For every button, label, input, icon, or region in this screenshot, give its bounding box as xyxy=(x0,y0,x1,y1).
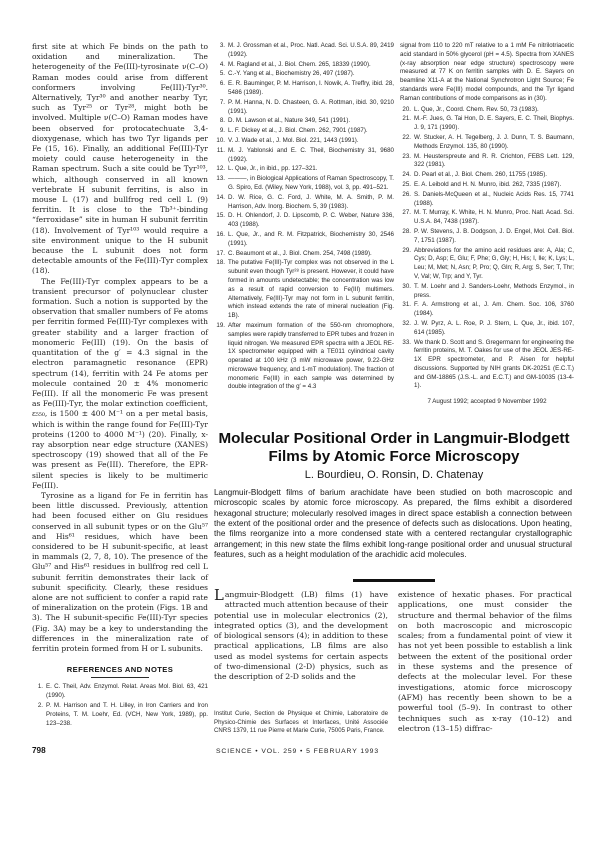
article-title: Molecular Positional Order in Langmuir-B… xyxy=(214,430,574,465)
reference-text: D. Pearl et al., J. Biol. Chem. 260, 117… xyxy=(414,171,547,178)
reference-text: M. Ragland et al., J. Biol. Chem. 265, 1… xyxy=(228,61,371,68)
reference-item: 18.The putative Fe(III)-Tyr complex was … xyxy=(214,259,394,321)
reference-item: 30.T. M. Loehr and J. Sanders-Loehr, Met… xyxy=(400,283,574,301)
reference-text: L. Que, Jr., Coord. Chem. Rev. 50, 73 (1… xyxy=(414,106,539,113)
reference-number: 2. xyxy=(32,702,43,711)
reference-text: D. H. Ohlendorf, J. D. Lipscomb, P. C. W… xyxy=(228,212,394,228)
reference-item: 17.C. Beaumont et al., J. Biol. Chem. 25… xyxy=(214,250,394,259)
reference-item: 19.After maximum formation of the 550-nm… xyxy=(214,322,394,392)
reference-item: 25.E. A. Leibold and H. N. Munro, ibid. … xyxy=(400,181,574,190)
reference-item: 26.S. Daniels-McQueen et al., Nucleic Ac… xyxy=(400,191,574,209)
reference-item: 5.C.-Y. Yang et al., Biochemistry 26, 49… xyxy=(214,70,394,79)
body-column-2: existence of hexatic phases. For practic… xyxy=(398,590,572,734)
reference-number: 23. xyxy=(400,153,411,162)
reference-text: M. J. Yablonski and E. C. Theil, Biochem… xyxy=(228,147,394,163)
reference-item: 22.W. Stucker, A. H. Tegelberg, J. J. Du… xyxy=(400,134,574,152)
reference-item: 23.M. Heusterspreute and R. R. Crichton,… xyxy=(400,153,574,171)
reference-item: 28.P. W. Stevens, J. B. Dodgson, J. D. E… xyxy=(400,228,574,246)
article-title-line-1: Molecular Positional Order in Langmuir-B… xyxy=(214,430,574,448)
reference-text: L. Que, Jr., and R. M. Fitzpatrick, Bioc… xyxy=(228,231,394,247)
previous-article-column: first site at which Fe binds on the path… xyxy=(32,42,208,729)
reference-number: 32. xyxy=(400,320,411,329)
reference-number: 6. xyxy=(214,80,225,89)
reference-text: E. C. Theil, Adv. Enzymol. Relat. Areas … xyxy=(46,683,208,699)
reference-number: 28. xyxy=(400,228,411,237)
authors-line: L. Bourdieu, O. Ronsin, D. Chatenay xyxy=(214,469,574,481)
reference-number: 10. xyxy=(214,137,225,146)
reference-number: 14. xyxy=(214,194,225,203)
references-heading: REFERENCES AND NOTES xyxy=(32,665,208,675)
reference-item: 32.J. W. Pyrz, A. L. Roe, P. J. Stern, L… xyxy=(400,320,574,338)
reference-item: 7.P. M. Hanna, N. D. Chasteen, G. A. Rot… xyxy=(214,99,394,117)
reference-text: M.-F. Jues, G. Tai Hon, D. E. Sayers, E.… xyxy=(414,115,574,131)
reference-item: 21.M.-F. Jues, G. Tai Hon, D. E. Sayers,… xyxy=(400,115,574,133)
reference-text: S. Daniels-McQueen et al., Nucleic Acids… xyxy=(414,191,574,207)
reference-number: 11. xyxy=(214,147,225,156)
reference-number: 9. xyxy=(214,127,225,136)
reference-text: V. J. Wade et al., J. Mol. Biol. 221, 14… xyxy=(228,137,359,144)
reference-text: P. M. Harrison and T. H. Lilley, in Iron… xyxy=(46,702,208,727)
reference-number: 17. xyxy=(214,250,225,259)
reference-item: 4.M. Ragland et al., J. Biol. Chem. 265,… xyxy=(214,61,394,70)
reference-text: D. M. Lawson et al., Nature 349, 541 (19… xyxy=(228,117,350,124)
reference-number: 16. xyxy=(214,231,225,240)
title-separator-rule xyxy=(353,579,435,582)
reference-number: 18. xyxy=(214,259,225,268)
reference-text: The putative Fe(III)-Tyr complex was not… xyxy=(228,259,394,319)
journal-footer: SCIENCE • VOL. 259 • 5 FEBRUARY 1993 xyxy=(0,748,595,755)
reference-item: 16.L. Que, Jr., and R. M. Fitzpatrick, B… xyxy=(214,231,394,249)
body-paragraph: The Fe(III)-Tyr complex appears to be a … xyxy=(32,277,208,491)
reference-item: 27.M. T. Murray, K. White, H. N. Munro, … xyxy=(400,209,574,227)
reference-text: J. W. Pyrz, A. L. Roe, P. J. Stern, L. Q… xyxy=(414,320,574,336)
affiliation-footnote: Institut Curie, Section de Physique et C… xyxy=(214,710,388,736)
reference-text: ———, in Biological Applications of Raman… xyxy=(228,175,394,191)
reference-column-right: signal from 110 to 220 mT relative to a … xyxy=(400,42,574,407)
reference-number: 21. xyxy=(400,115,411,124)
reference-continuation: signal from 110 to 220 mT relative to a … xyxy=(400,42,574,104)
reference-text: F. A. Armstrong et al., J. Am. Chem. Soc… xyxy=(414,301,574,317)
reference-item: 9.L. F. Dickey et al., J. Biol. Chem. 26… xyxy=(214,127,394,136)
reference-list-right: 20.L. Que, Jr., Coord. Chem. Rev. 50, 73… xyxy=(400,106,574,392)
reference-item: 11.M. J. Yablonski and E. C. Theil, Bioc… xyxy=(214,147,394,165)
reference-item: 15.D. H. Ohlendorf, J. D. Lipscomb, P. C… xyxy=(214,212,394,230)
reference-list-middle: 3.M. J. Grossman et al., Proc. Natl. Aca… xyxy=(214,42,394,393)
reference-text: D. W. Rice, G. C. Ford, J. White, M. A. … xyxy=(228,194,394,210)
reference-number: 4. xyxy=(214,61,225,70)
reference-number: 8. xyxy=(214,117,225,126)
journal-page: first site at which Fe binds on the path… xyxy=(0,0,595,841)
reference-item: 13.———, in Biological Applications of Ra… xyxy=(214,175,394,193)
reference-number: 31. xyxy=(400,301,411,310)
reference-text: E. A. Leibold and H. N. Munro, ibid. 262… xyxy=(414,181,561,188)
reference-item: 24.D. Pearl et al., J. Biol. Chem. 260, … xyxy=(400,171,574,180)
reference-text: E. R. Bauminger, P. M. Harrison, I. Nowi… xyxy=(228,80,394,96)
reference-number: 7. xyxy=(214,99,225,108)
reference-text: M. J. Grossman et al., Proc. Natl. Acad.… xyxy=(228,42,394,58)
reference-text: C.-Y. Yang et al., Biochemistry 26, 497 … xyxy=(228,70,355,77)
reference-text: After maximum formation of the 550-nm ch… xyxy=(228,322,394,391)
body-paragraph: Langmuir-Blodgett (LB) films (1) have at… xyxy=(214,590,388,683)
article-title-line-2: Films by Atomic Force Microscopy xyxy=(214,448,574,466)
reference-number: 29. xyxy=(400,247,411,256)
reference-list-left: 1.E. C. Theil, Adv. Enzymol. Relat. Area… xyxy=(32,683,208,728)
reference-text: M. Heusterspreute and R. R. Crichton, FE… xyxy=(414,153,574,169)
body-paragraph: existence of hexatic phases. For practic… xyxy=(398,590,572,734)
reference-number: 30. xyxy=(400,283,411,292)
received-accepted-dateline: 7 August 1992; accepted 9 November 1992 xyxy=(400,398,574,407)
reference-number: 24. xyxy=(400,171,411,180)
reference-item: 29.Abbreviations for the amino acid resi… xyxy=(400,247,574,282)
reference-item: 20.L. Que, Jr., Coord. Chem. Rev. 50, 73… xyxy=(400,106,574,115)
reference-text: W. Stucker, A. H. Tegelberg, J. J. Dunn,… xyxy=(414,134,574,150)
reference-text: C. Beaumont et al., J. Biol. Chem. 254, … xyxy=(228,250,372,257)
body-column-1: Langmuir-Blodgett (LB) films (1) have at… xyxy=(214,590,388,683)
body-paragraph: Tyrosine as a ligand for Fe in ferritin … xyxy=(32,491,208,654)
reference-number: 15. xyxy=(214,212,225,221)
reference-number: 27. xyxy=(400,209,411,218)
reference-number: 19. xyxy=(214,322,225,331)
reference-item: 2.P. M. Harrison and T. H. Lilley, in Ir… xyxy=(32,702,208,728)
reference-text: L. Que, Jr., in ibid., pp. 127–321. xyxy=(228,165,317,172)
reference-text: P. M. Hanna, N. D. Chasteen, G. A. Rottm… xyxy=(228,99,394,115)
reference-number: 33. xyxy=(400,339,411,348)
reference-number: 13. xyxy=(214,175,225,184)
reference-text: We thank D. Scott and S. Gregermann for … xyxy=(414,339,574,390)
reference-number: 3. xyxy=(214,42,225,51)
reference-text: M. T. Murray, K. White, H. N. Munro, Pro… xyxy=(414,209,574,225)
reference-number: 5. xyxy=(214,70,225,79)
reference-text: P. W. Stevens, J. B. Dodgson, J. D. Enge… xyxy=(414,228,574,244)
reference-item: 31.F. A. Armstrong et al., J. Am. Chem. … xyxy=(400,301,574,319)
reference-number: 1. xyxy=(32,683,43,692)
reference-number: 22. xyxy=(400,134,411,143)
reference-item: 12.L. Que, Jr., in ibid., pp. 127–321. xyxy=(214,165,394,174)
body-paragraph: first site at which Fe binds on the path… xyxy=(32,42,208,277)
reference-item: 8.D. M. Lawson et al., Nature 349, 541 (… xyxy=(214,117,394,126)
reference-number: 26. xyxy=(400,191,411,200)
abstract: Langmuir-Blodgett films of barium arachi… xyxy=(214,488,572,560)
reference-number: 20. xyxy=(400,106,411,115)
reference-item: 1.E. C. Theil, Adv. Enzymol. Relat. Area… xyxy=(32,683,208,701)
reference-text: Abbreviations for the amino acid residue… xyxy=(414,247,574,280)
reference-item: 3.M. J. Grossman et al., Proc. Natl. Aca… xyxy=(214,42,394,60)
reference-number: 12. xyxy=(214,165,225,174)
reference-item: 33.We thank D. Scott and S. Gregermann f… xyxy=(400,339,574,392)
reference-text: L. F. Dickey et al., J. Biol. Chem. 262,… xyxy=(228,127,368,134)
reference-number: 25. xyxy=(400,181,411,190)
reference-item: 6.E. R. Bauminger, P. M. Harrison, I. No… xyxy=(214,80,394,98)
reference-item: 14.D. W. Rice, G. C. Ford, J. White, M. … xyxy=(214,194,394,212)
reference-text: T. M. Loehr and J. Sanders-Loehr, Method… xyxy=(414,283,574,299)
heading-underline-rule xyxy=(91,677,149,678)
reference-item: 10.V. J. Wade et al., J. Mol. Biol. 221,… xyxy=(214,137,394,146)
